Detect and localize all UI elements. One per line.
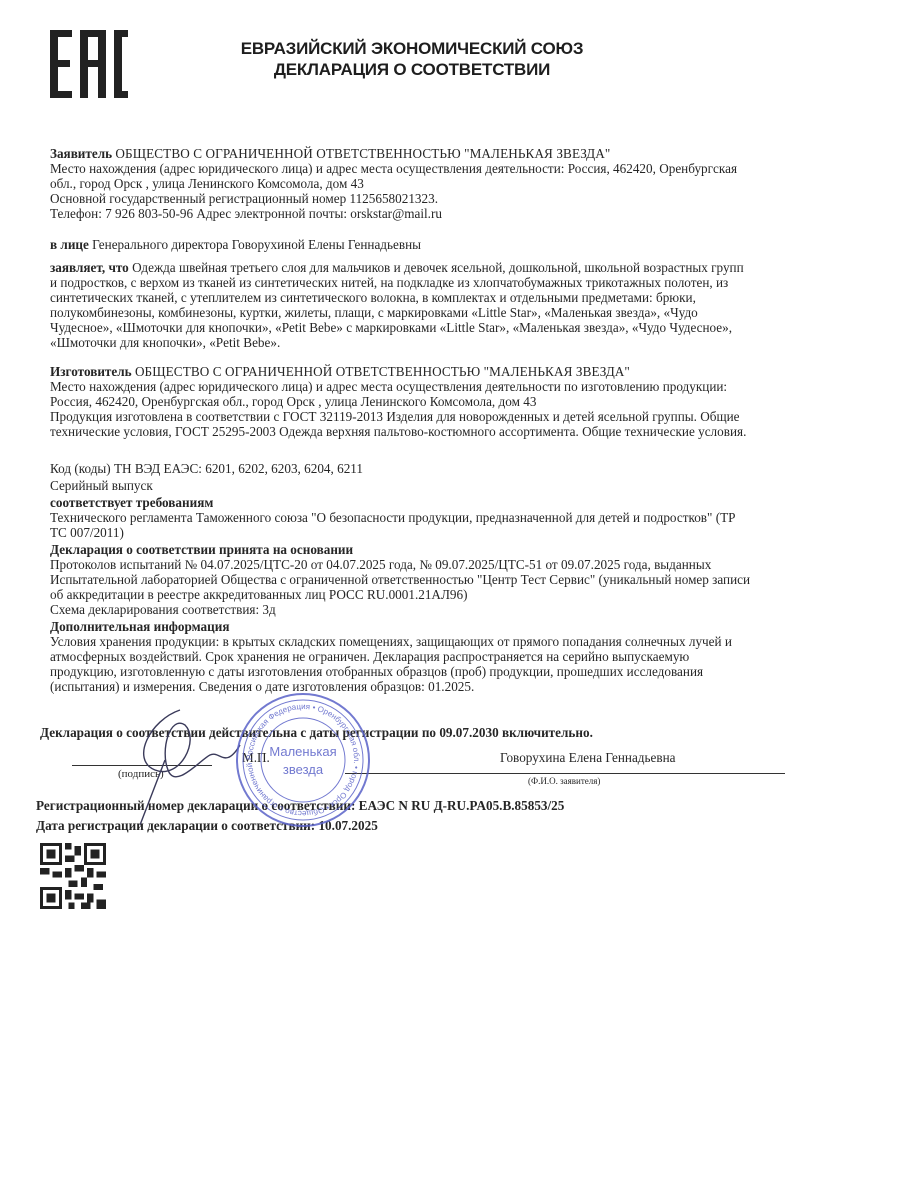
product-line: Чудесное», «Шмоточки для кнопочки», «Pet…: [50, 320, 744, 335]
product-line: и подростков, с верхом из тканей из синт…: [50, 275, 744, 290]
codes-section: Код (коды) ТН ВЭД ЕАЭС: 6201, 6202, 6203…: [50, 461, 750, 694]
product-line: полукомбинезоны, комбинезоны, куртки, жи…: [50, 305, 744, 320]
document-header: ЕВРАЗИЙСКИЙ ЭКОНОМИЧЕСКИЙ СОЮЗ ДЕКЛАРАЦИ…: [222, 38, 602, 80]
manufacturer-standards-2: технические условия, ГОСТ 25295-2003 Оде…: [50, 424, 746, 439]
applicant-contacts: Телефон: 7 926 803-50-96 Адрес электронн…: [50, 206, 737, 221]
declares-label: заявляет, что: [50, 260, 129, 275]
document-title: ДЕКЛАРАЦИЯ О СООТВЕТСТВИИ: [222, 59, 602, 80]
additional-info-line: продукцию, изготовленную с даты изготовл…: [50, 664, 750, 679]
represented-by-label: в лице: [50, 237, 89, 252]
manufacturer-name: ОБЩЕСТВО С ОГРАНИЧЕННОЙ ОТВЕТСТВЕННОСТЬЮ…: [135, 364, 630, 379]
additional-info-line: (испытания) и измерения. Сведения о дате…: [50, 679, 750, 694]
additional-info-label: Дополнительная информация: [50, 619, 750, 634]
applicant-address-2: обл., город Орск , улица Ленинского Комс…: [50, 176, 737, 191]
qr-code-icon[interactable]: [40, 843, 106, 909]
signature-icon: [110, 700, 250, 830]
manufacturer-label: Изготовитель: [50, 364, 132, 379]
applicant-name: ОБЩЕСТВО С ОГРАНИЧЕННОЙ ОТВЕТСТВЕННОСТЬЮ…: [115, 146, 610, 161]
svg-text:Маленькая: Маленькая: [269, 744, 336, 759]
conformity-label: соответствует требованиям: [50, 495, 750, 510]
declaration-scheme: Схема декларирования соответствия: 3д: [50, 602, 750, 617]
represented-by-text: Генерального директора Говорухиной Елены…: [92, 237, 421, 252]
signer-caption: (Ф.И.О. заявителя): [528, 774, 600, 789]
manufacturer-address-1: Место нахождения (адрес юридического лиц…: [50, 379, 746, 394]
product-line: синтетических тканей, с утеплителем из с…: [50, 290, 744, 305]
tn-ved-codes: Код (коды) ТН ВЭД ЕАЭС: 6201, 6202, 6203…: [50, 461, 750, 476]
applicant-section: Заявитель ОБЩЕСТВО С ОГРАНИЧЕННОЙ ОТВЕТС…: [50, 146, 737, 221]
applicant-label: Заявитель: [50, 146, 112, 161]
applicant-ogrn: Основной государственный регистрационный…: [50, 191, 737, 206]
conformity-text-2: ТС 007/2011): [50, 525, 750, 540]
basis-text-1: Протоколов испытаний № 04.07.2025/ЦТС-20…: [50, 557, 750, 572]
manufacturer-section: Изготовитель ОБЩЕСТВО С ОГРАНИЧЕННОЙ ОТВ…: [50, 364, 746, 439]
declares-section: заявляет, что Одежда швейная третьего сл…: [50, 260, 744, 350]
union-title: ЕВРАЗИЙСКИЙ ЭКОНОМИЧЕСКИЙ СОЮЗ: [222, 38, 602, 59]
basis-text-2: Испытательной лабораторией Общества с ог…: [50, 572, 750, 587]
additional-info-line: атмосферных воздействий. Срок хранения н…: [50, 649, 750, 664]
signer-name: Говорухина Елена Геннадьевна: [500, 750, 676, 765]
manufacturer-standards-1: Продукция изготовлена в соответствии с Г…: [50, 409, 746, 424]
release-type: Серийный выпуск: [50, 478, 750, 493]
svg-text:звезда: звезда: [283, 762, 324, 777]
applicant-address-1: Место нахождения (адрес юридического лиц…: [50, 161, 737, 176]
basis-text-3: об аккредитации в реестре аккредитованны…: [50, 587, 750, 602]
manufacturer-address-2: Россия, 462420, Оренбургская обл., город…: [50, 394, 746, 409]
product-line: «Шмоточки для кнопочки», «Petit Bebe».: [50, 335, 744, 350]
represented-by: в лице Генерального директора Говорухино…: [50, 237, 421, 252]
product-line: Одежда швейная третьего слоя для мальчик…: [132, 260, 744, 275]
eac-logo-icon: [48, 28, 130, 100]
additional-info-line: Условия хранения продукции: в крытых скл…: [50, 634, 750, 649]
company-seal-icon: Российская Федерация • Оренбургская обл.…: [233, 690, 373, 830]
basis-label: Декларация о соответствии принята на осн…: [50, 542, 750, 557]
conformity-text-1: Технического регламента Таможенного союз…: [50, 510, 750, 525]
